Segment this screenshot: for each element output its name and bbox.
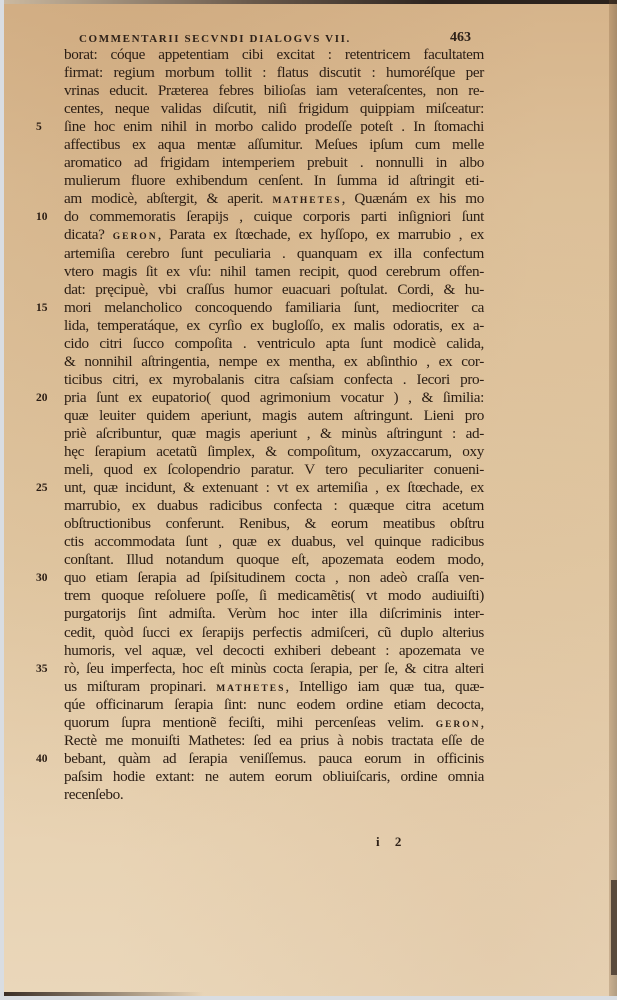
text-line: dicata? GERON, Parata ex ſtœchade, ex hy… xyxy=(64,226,484,244)
text-line: quorum ſupra mentionẽ feciſti, mihi perc… xyxy=(64,714,484,732)
text-line: 25unt, quæ incidunt, & extenuant : vt ex… xyxy=(64,479,484,497)
text-line: vtero magis ſit ex vſu: nihil tamen reci… xyxy=(64,263,484,281)
line-text: unt, quæ incidunt, & extenuant : vt ex a… xyxy=(64,479,484,496)
line-number: 20 xyxy=(36,389,58,407)
line-text: vrinas educit. Præterea febres bilioſas … xyxy=(64,82,484,99)
text-line: purgatorijs ſint admiſta. Verùm hoc inte… xyxy=(64,605,484,623)
line-text: rò, ſeu imperfecta, hoc eſt minùs cocta … xyxy=(64,660,484,677)
running-head: COMMENTARII SECVNDI DIALOGVS VII. xyxy=(79,33,479,45)
book-page: COMMENTARII SECVNDI DIALOGVS VII. 463 bo… xyxy=(4,0,617,996)
line-text: am modicè, abſtergit, & aperit. xyxy=(64,190,272,207)
line-text: Rectè me monuiſti Mathetes: ſed ea prius… xyxy=(64,732,484,749)
line-text: bebant, quàm ad ſerapia veniſſemus. pauc… xyxy=(64,750,484,767)
text-line: trem quoque reſoluere poſſe, ſi medicamẽ… xyxy=(64,587,484,605)
text-line: obſtructionibus conferunt. Renibus, & eo… xyxy=(64,515,484,533)
text-line: qúe officinarum ſerapia ſint: nunc eodem… xyxy=(64,696,484,714)
text-line: recenſebo. xyxy=(64,786,484,804)
line-text: humoris, vel aquæ, vel decocti exhiberi … xyxy=(64,642,484,659)
line-text: ticibus citri, ex myrobalanis citra caſs… xyxy=(64,371,484,388)
text-line: 30quo etiam ſerapia ad ſpiſsitudinem coc… xyxy=(64,569,484,587)
text-line: 20pria ſunt ex eupatorio( quod agrimoniu… xyxy=(64,389,484,407)
text-line: conſtant. Illud notandum quoque eſt, apo… xyxy=(64,551,484,569)
line-text: vtero magis ſit ex vſu: nihil tamen reci… xyxy=(64,263,484,280)
text-line: ctis accommodata ſunt , quæ ex duabus, v… xyxy=(64,533,484,551)
line-text: do commemoratis ſerapijs , cuique corpor… xyxy=(64,208,484,225)
line-number: 40 xyxy=(36,750,58,768)
line-text: firmat: regium morbum tollit : flatus di… xyxy=(64,64,484,81)
line-text: conſtant. Illud notandum quoque eſt, apo… xyxy=(64,551,484,568)
text-line: firmat: regium morbum tollit : flatus di… xyxy=(64,64,484,82)
line-number: 30 xyxy=(36,569,58,587)
line-text: dat: pręcipuè, vbi craſſus humor euacuar… xyxy=(64,281,484,298)
line-text: us miſturam propinari. xyxy=(64,678,216,695)
text-line: priè aſcribuntur, quæ magis aperiunt , &… xyxy=(64,425,484,443)
line-text: ctis accommodata ſunt , quæ ex duabus, v… xyxy=(64,533,484,550)
line-text: , xyxy=(481,714,484,731)
line-text: recenſebo. xyxy=(64,786,123,803)
line-text: affectibus ex aqua mentæ aſſumitur. Meſu… xyxy=(64,136,484,153)
speaker-name: GERON xyxy=(113,232,158,242)
line-text: quæ leuiter quidem aperiunt, magis autem… xyxy=(64,407,484,424)
line-number: 15 xyxy=(36,299,58,317)
text-line: 5ſine hoc enim nihil in morbo calido pro… xyxy=(64,118,484,136)
line-text: meli, quod ex ſcolopendrio paratur. V te… xyxy=(64,461,484,478)
line-text: mulierum fluore exhibendum cenſent. In ſ… xyxy=(64,172,484,189)
line-text: marrubio, ex duabus radicibus confecta :… xyxy=(64,497,484,514)
line-text: artemiſia cerebro ſunt peculiaria . quan… xyxy=(64,245,484,262)
line-number: 35 xyxy=(36,660,58,678)
speaker-name: MATHETES xyxy=(216,684,285,694)
line-text: paſsim hodie extant: ne autem eorum obli… xyxy=(64,768,484,785)
text-line: cido citri ſucco compoſita . ventriculo … xyxy=(64,335,484,353)
text-line: vrinas educit. Præterea febres bilioſas … xyxy=(64,82,484,100)
line-text: mori melancholico concoquendo familiaria… xyxy=(64,299,484,316)
text-line: artemiſia cerebro ſunt peculiaria . quan… xyxy=(64,245,484,263)
text-line: 35rò, ſeu imperfecta, hoc eſt minùs coct… xyxy=(64,660,484,678)
line-number: 5 xyxy=(36,118,58,136)
text-line: 15mori melancholico concoquendo familiar… xyxy=(64,299,484,317)
text-line: quæ leuiter quidem aperiunt, magis autem… xyxy=(64,407,484,425)
line-text: borat: cóque appetentiam cibi excitat : … xyxy=(64,46,484,63)
line-text: hęc ſerapium acetatũ ſimplex, & compoſit… xyxy=(64,443,484,460)
text-line: humoris, vel aquæ, vel decocti exhiberi … xyxy=(64,642,484,660)
scanned-page: COMMENTARII SECVNDI DIALOGVS VII. 463 bo… xyxy=(4,0,617,996)
line-text: trem quoque reſoluere poſſe, ſi medicamẽ… xyxy=(64,587,484,604)
line-text: quorum ſupra mentionẽ feciſti, mihi perc… xyxy=(64,714,436,731)
page-number: 463 xyxy=(450,30,471,46)
text-line: paſsim hodie extant: ne autem eorum obli… xyxy=(64,768,484,786)
line-text: ſine hoc enim nihil in morbo calido prod… xyxy=(64,118,484,135)
line-text: , Quænám ex his mo xyxy=(342,190,484,207)
text-line: mulierum fluore exhibendum cenſent. In ſ… xyxy=(64,172,484,190)
line-text: & nonnihil aſtringentia, nempe ex mentha… xyxy=(64,353,484,370)
speaker-name: MATHETES xyxy=(272,196,341,206)
text-line: borat: cóque appetentiam cibi excitat : … xyxy=(64,46,484,64)
text-line: hęc ſerapium acetatũ ſimplex, & compoſit… xyxy=(64,443,484,461)
text-line: am modicè, abſtergit, & aperit. MATHETES… xyxy=(64,190,484,208)
text-line: us miſturam propinari. MATHETES, Intelli… xyxy=(64,678,484,696)
text-line: dat: pręcipuè, vbi craſſus humor euacuar… xyxy=(64,281,484,299)
text-line: 10do commemoratis ſerapijs , cuique corp… xyxy=(64,208,484,226)
line-text: quo etiam ſerapia ad ſpiſsitudinem cocta… xyxy=(64,569,484,586)
line-text: lida, temperatáque, ex cyrſio ex bugloſſ… xyxy=(64,317,484,334)
signature-mark: i 2 xyxy=(376,834,407,850)
line-text: cedit, quòd ſucci ex ſerapijs perfectis … xyxy=(64,624,484,641)
text-line: meli, quod ex ſcolopendrio paratur. V te… xyxy=(64,461,484,479)
line-text: , Parata ex ſtœchade, ex hyſſopo, ex mar… xyxy=(158,226,484,243)
text-line: aromatico ad frigidam intemperiem prebui… xyxy=(64,154,484,172)
text-line: & nonnihil aſtringentia, nempe ex mentha… xyxy=(64,353,484,371)
text-line: marrubio, ex duabus radicibus confecta :… xyxy=(64,497,484,515)
text-line: centes, neque validas diſcutit, niſi fri… xyxy=(64,100,484,118)
line-text: dicata? xyxy=(64,226,113,243)
line-text: aromatico ad frigidam intemperiem prebui… xyxy=(64,154,484,171)
text-line: 40bebant, quàm ad ſerapia veniſſemus. pa… xyxy=(64,750,484,768)
line-text: centes, neque validas diſcutit, niſi fri… xyxy=(64,100,484,117)
line-text: , Intelligo iam quæ tua, quæ- xyxy=(285,678,484,695)
speaker-name: GERON xyxy=(436,720,481,730)
line-text: obſtructionibus conferunt. Renibus, & eo… xyxy=(64,515,484,532)
line-text: purgatorijs ſint admiſta. Verùm hoc inte… xyxy=(64,605,484,622)
line-text: pria ſunt ex eupatorio( quod agrimonium … xyxy=(64,389,484,406)
line-number: 10 xyxy=(36,208,58,226)
text-line: Rectè me monuiſti Mathetes: ſed ea prius… xyxy=(64,732,484,750)
line-text: qúe officinarum ſerapia ſint: nunc eodem… xyxy=(64,696,484,713)
body-text: borat: cóque appetentiam cibi excitat : … xyxy=(64,46,484,804)
text-line: lida, temperatáque, ex cyrſio ex bugloſſ… xyxy=(64,317,484,335)
text-line: affectibus ex aqua mentæ aſſumitur. Meſu… xyxy=(64,136,484,154)
line-text: cido citri ſucco compoſita . ventriculo … xyxy=(64,335,484,352)
line-text: priè aſcribuntur, quæ magis aperiunt , &… xyxy=(64,425,484,442)
text-line: ticibus citri, ex myrobalanis citra caſs… xyxy=(64,371,484,389)
text-line: cedit, quòd ſucci ex ſerapijs perfectis … xyxy=(64,624,484,642)
line-number: 25 xyxy=(36,479,58,497)
